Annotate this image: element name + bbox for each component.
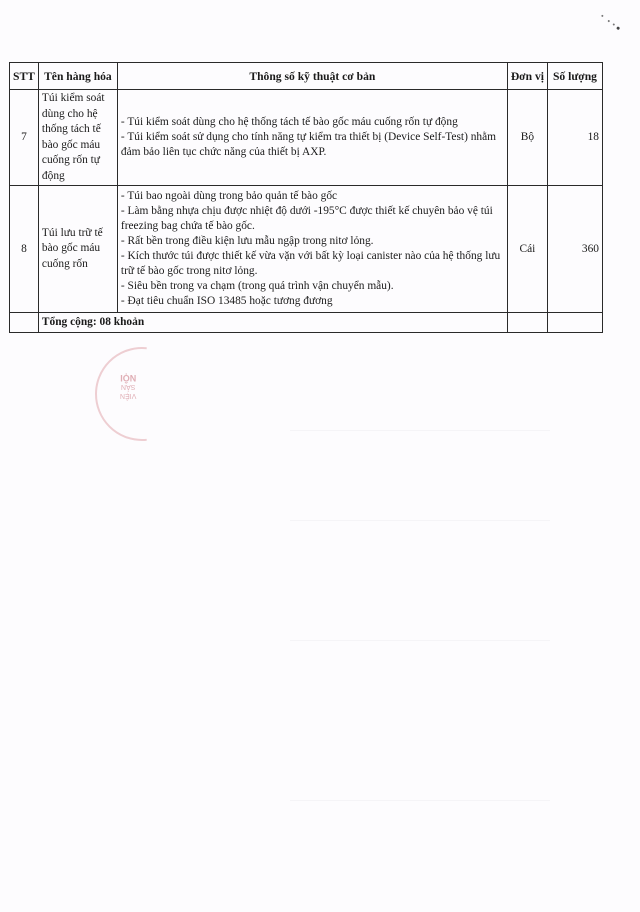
header-stt: STT [10, 63, 39, 90]
spec-line: - Làm bằng nhựa chịu được nhiệt độ dưới … [121, 204, 504, 234]
spec-line: - Kích thước túi được thiết kế vừa vặn v… [121, 249, 504, 279]
stamp-line: SẢN [120, 382, 136, 391]
document-page: STT Tên hàng hóa Thông số kỹ thuật cơ bả… [0, 0, 640, 912]
cell-quantity: 360 [547, 186, 602, 313]
bleed-through-line [290, 520, 550, 521]
cell-stt: 7 [10, 90, 39, 186]
header-specifications: Thông số kỹ thuật cơ bản [117, 63, 507, 90]
cell-empty [547, 313, 602, 333]
official-stamp-ring [95, 347, 189, 441]
cell-empty [507, 313, 547, 333]
spec-line: - Túi bao ngoài dùng trong bảo quản tế b… [121, 189, 504, 204]
header-item-name: Tên hàng hóa [38, 63, 117, 90]
table-total-row: Tổng cộng: 08 khoản [10, 313, 603, 333]
cell-quantity: 18 [547, 90, 602, 186]
spec-line: - Đạt tiêu chuẩn ISO 13485 hoặc tương đư… [121, 294, 504, 309]
spec-line: - Rất bền trong điều kiện lưu mẫu ngập t… [121, 234, 504, 249]
cell-unit: Cái [507, 186, 547, 313]
cell-item-name: Túi kiểm soát dùng cho hệ thống tách tế … [38, 90, 117, 186]
header-unit: Đơn vị [507, 63, 547, 90]
cell-specifications: - Túi bao ngoài dùng trong bảo quản tế b… [117, 186, 507, 313]
equipment-spec-table: STT Tên hàng hóa Thông số kỹ thuật cơ bả… [9, 62, 603, 333]
table-row: 8 Túi lưu trữ tế bào gốc máu cuống rốn -… [10, 186, 603, 313]
bleed-through-line [290, 640, 550, 641]
cell-unit: Bộ [507, 90, 547, 186]
spec-line: - Túi kiểm soát dùng cho hệ thống tách t… [121, 115, 504, 130]
cell-stt: 8 [10, 186, 39, 313]
stamp-line: NỘI [120, 373, 136, 383]
cell-empty [10, 313, 39, 333]
cell-item-name: Túi lưu trữ tế bào gốc máu cuống rốn [38, 186, 117, 313]
scan-artifact [600, 14, 622, 29]
header-quantity: Số lượng [547, 63, 602, 90]
table-header-row: STT Tên hàng hóa Thông số kỹ thuật cơ bả… [10, 63, 603, 90]
bleed-through-line [290, 430, 550, 431]
spec-line: - Túi kiểm soát sử dụng cho tính năng tự… [121, 130, 504, 160]
cell-specifications: - Túi kiểm soát dùng cho hệ thống tách t… [117, 90, 507, 186]
bleed-through-line [290, 800, 550, 801]
official-stamp-text: VIỆN SẢN NỘI [120, 372, 136, 400]
spec-line: - Siêu bền trong va chạm (trong quá trìn… [121, 279, 504, 294]
total-label: Tổng cộng: 08 khoản [38, 313, 507, 333]
stamp-line: VIỆN [120, 391, 136, 400]
table-row: 7 Túi kiểm soát dùng cho hệ thống tách t… [10, 90, 603, 186]
